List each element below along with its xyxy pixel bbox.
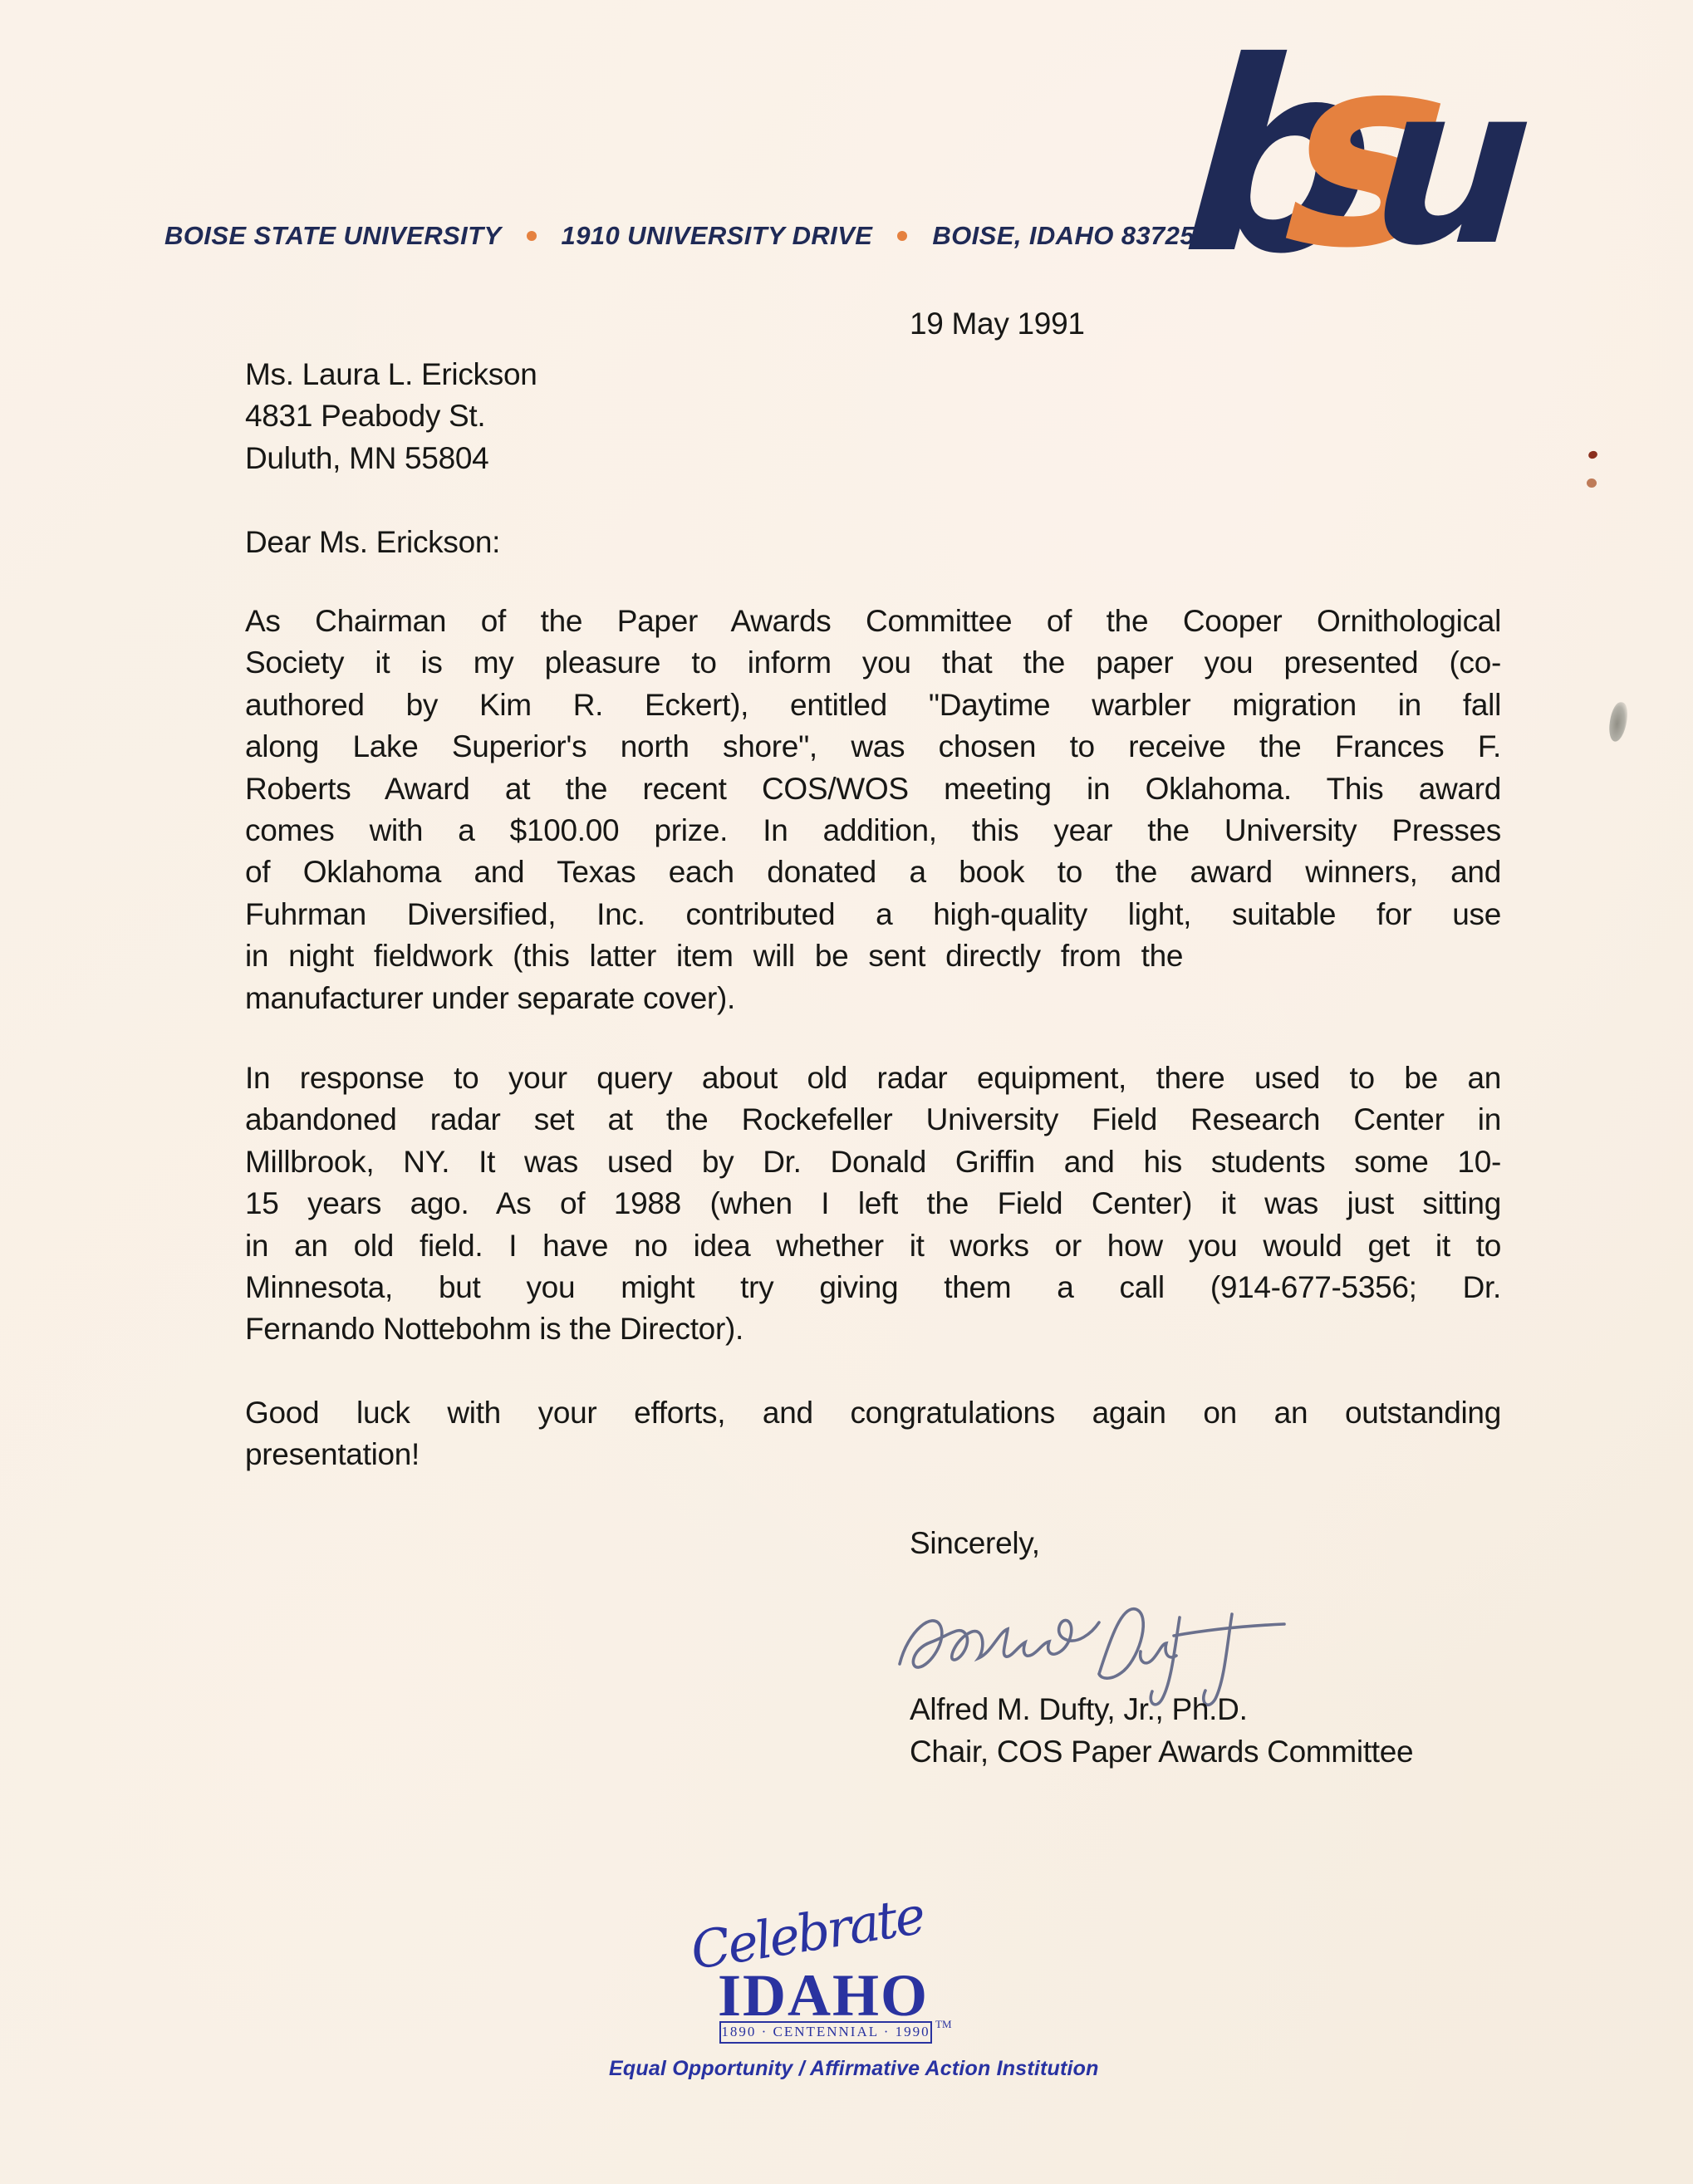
centennial-banner: 1890 · CENTENNIAL · 1990 xyxy=(719,2021,932,2044)
paragraph-2: In response to your query about old rada… xyxy=(245,1058,1501,1351)
logo-letter-u: u xyxy=(1367,57,1538,277)
idaho-wordmark: IDAHO xyxy=(718,1966,929,2025)
body-line: Fernando Nottebohm is the Director). xyxy=(245,1308,1501,1350)
body-line: manufacturer under separate cover). xyxy=(245,978,1501,1019)
paragraph-1: As Chairman of the Paper Awards Committe… xyxy=(245,601,1501,1019)
body-line: In response to your query about old rada… xyxy=(245,1058,1501,1099)
body-line: Society it is my pleasure to inform you … xyxy=(245,642,1501,684)
university-city: BOISE, IDAHO 83725 xyxy=(932,221,1195,251)
recipient-name: Ms. Laura L. Erickson xyxy=(245,354,993,395)
letterhead-line: BOISE STATE UNIVERSITY 1910 UNIVERSITY D… xyxy=(164,221,1195,251)
bsu-logo: b s u xyxy=(1192,15,1534,264)
body-line: Millbrook, NY. It was used by Dr. Donald… xyxy=(245,1141,1501,1183)
ink-spot xyxy=(1587,479,1597,488)
recipient-block: Ms. Laura L. Erickson 4831 Peabody St. D… xyxy=(245,354,993,479)
body-line: authored by Kim R. Eckert), entitled "Da… xyxy=(245,685,1501,726)
valediction: Sincerely, xyxy=(910,1523,1040,1564)
university-street: 1910 UNIVERSITY DRIVE xyxy=(562,221,873,251)
bullet-icon xyxy=(897,231,907,241)
signer-title: Chair, COS Paper Awards Committee xyxy=(910,1731,1413,1773)
bullet-icon xyxy=(527,231,537,241)
salutation: Dear Ms. Erickson: xyxy=(245,522,500,563)
body-line: As Chairman of the Paper Awards Committe… xyxy=(245,601,1501,642)
paragraph-3: Good luck with your efforts, and congrat… xyxy=(245,1392,1501,1476)
body-line: 15 years ago. As of 1988 (when I left th… xyxy=(245,1183,1501,1225)
body-line: of Oklahoma and Texas each donated a boo… xyxy=(245,852,1501,893)
recipient-street: 4831 Peabody St. xyxy=(245,395,993,437)
university-name: BOISE STATE UNIVERSITY xyxy=(164,221,502,251)
body-line: Fuhrman Diversified, Inc. contributed a … xyxy=(245,894,1501,935)
body-line: Good luck with your efforts, and congrat… xyxy=(245,1392,1501,1434)
body-line: in night fieldwork (this latter item wil… xyxy=(245,935,1501,977)
ink-spot xyxy=(1587,449,1598,459)
body-line: presentation! xyxy=(245,1434,1501,1475)
body-line: comes with a $100.00 prize. In addition,… xyxy=(245,810,1501,852)
body-line: in an old field. I have no idea whether … xyxy=(245,1225,1501,1267)
body-line: abandoned radar set at the Rockefeller U… xyxy=(245,1099,1501,1141)
letter-page: b s u BOISE STATE UNIVERSITY 1910 UNIVER… xyxy=(0,0,1693,2184)
recipient-city: Duluth, MN 55804 xyxy=(245,438,993,479)
pen-smudge xyxy=(1607,701,1629,743)
eo-statement: Equal Opportunity / Affirmative Action I… xyxy=(609,2057,1099,2081)
body-line: along Lake Superior's north shore", was … xyxy=(245,726,1501,768)
date-line: 19 May 1991 xyxy=(910,303,1085,345)
signer-name: Alfred M. Dufty, Jr., Ph.D. xyxy=(910,1689,1248,1730)
body-line: Roberts Award at the recent COS/WOS meet… xyxy=(245,768,1501,810)
trademark-symbol: TM xyxy=(935,2018,952,2031)
body-line: Minnesota, but you might try giving them… xyxy=(245,1267,1501,1308)
